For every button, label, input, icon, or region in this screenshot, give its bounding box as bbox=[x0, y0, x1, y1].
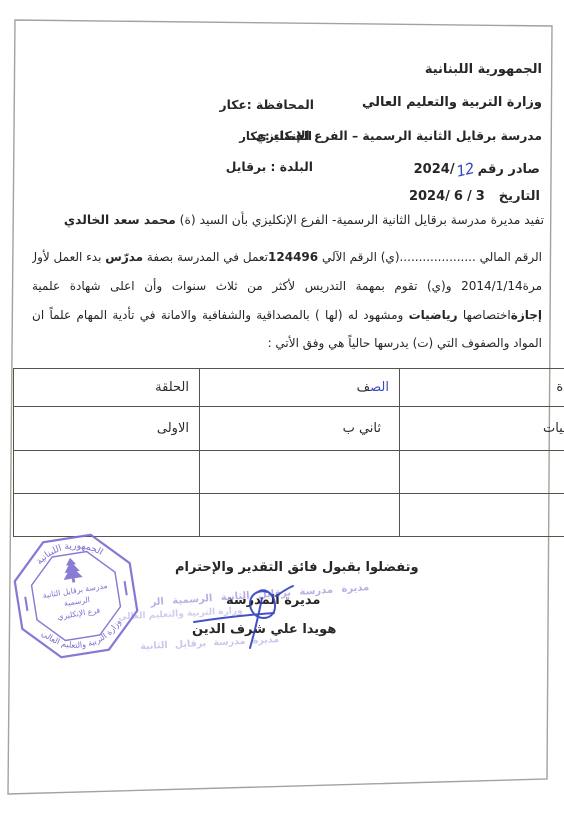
signature-descender bbox=[250, 598, 262, 648]
header-class-label-black: ‍ف bbox=[357, 380, 370, 395]
line3-text-c: ومشهود له (لها ) بالمصداقية والشفافية وا… bbox=[32, 308, 409, 322]
cell-subject bbox=[400, 451, 564, 494]
signature-scribble bbox=[180, 578, 320, 658]
line1-text-b: تعمل في المدرسة بصفة bbox=[143, 250, 268, 264]
stamp-school-line2: الرسمية bbox=[63, 595, 90, 608]
table-header-row: المادة الص‍‍ف الحلقة bbox=[14, 369, 564, 407]
closing-line: وتفضلوا بقبول فائق التقدير والإحترام bbox=[175, 560, 419, 575]
cedar-tree-icon bbox=[60, 556, 83, 584]
date-label: التاريخ bbox=[499, 189, 540, 204]
header-cycle-label: الحلقة bbox=[155, 380, 189, 395]
school-stamp: الجمهورية اللبنانية وزارة التربية والتعل… bbox=[0, 520, 151, 671]
issued-year: 2024 bbox=[414, 162, 450, 177]
cell-subject: رياضيات bbox=[400, 407, 564, 451]
financial-auto-number: 124496 bbox=[268, 250, 318, 264]
scanned-certificate-page: الجمهورية اللبنانية وزارة التربية والتعل… bbox=[0, 0, 564, 814]
body-line-1: الرقم المالي ....................(ي) الر… bbox=[32, 246, 542, 268]
cell-class: ثاني ب bbox=[200, 407, 400, 451]
signature-flourish bbox=[276, 586, 293, 596]
stamp-school-line3: فرع الإنكليزي bbox=[57, 606, 101, 622]
line1-text-c: بدء العمل لأول bbox=[32, 250, 105, 264]
cell-class bbox=[200, 451, 400, 494]
date-line: التاريخ3/6/2024 bbox=[409, 189, 542, 204]
cell-class bbox=[200, 494, 400, 537]
date-sep1: / bbox=[467, 189, 472, 204]
intro-text: تفيد مديرة مدرسة برقايل الثانية الرسمية-… bbox=[180, 213, 544, 227]
stamp-right-tick bbox=[125, 581, 127, 595]
cell-cycle bbox=[14, 451, 200, 494]
intro-line: تفيد مديرة مدرسة برقايل الثانية الرسمية-… bbox=[64, 213, 544, 227]
issued-label: صادر رقم bbox=[478, 162, 540, 177]
degree-word: إجازة bbox=[511, 308, 542, 322]
table-header-class: الص‍‍ف bbox=[200, 369, 400, 407]
cell-cycle: الاولى bbox=[14, 407, 200, 451]
table-header-cycle: الحلقة bbox=[14, 369, 200, 407]
field-governorate: المحافظة :عكار bbox=[220, 98, 315, 112]
line3-text-b: اختصاصها bbox=[458, 308, 511, 322]
handwritten-issue-number: 12 bbox=[454, 159, 475, 180]
table-row: رياضيات ثاني ب الاولى bbox=[14, 407, 564, 451]
line1-text-a: الرقم المالي ....................(ي) الر… bbox=[318, 250, 542, 264]
issued-number-line: صادر رقم12/2024 bbox=[414, 159, 542, 177]
teacher-name: محمد سعد الخالدي bbox=[64, 213, 176, 227]
body-line-4: المواد والصفوف التي (ت) يدرسها حالياً هي… bbox=[32, 332, 542, 354]
header-class-label-blue: الص‍ bbox=[370, 380, 389, 395]
header-subject-label: المادة bbox=[556, 380, 564, 395]
date-month: 6 bbox=[454, 189, 463, 204]
subjects-table: المادة الص‍‍ف الحلقة رياضيات ثاني ب الاو… bbox=[13, 368, 564, 537]
table-header-subject: المادة bbox=[400, 369, 564, 407]
issued-slash: / bbox=[450, 162, 455, 177]
job-title: مدرّس bbox=[105, 250, 143, 264]
header-ministry: وزارة التربية والتعليم العالي bbox=[362, 95, 542, 110]
field-town: البلدة : برقايل bbox=[226, 160, 313, 174]
field-district: القضاء :عكار bbox=[239, 129, 312, 143]
body-line-3: إجازةاختصاصها رياضيات ومشهود له (لها ) ب… bbox=[32, 304, 542, 326]
date-day: 3 bbox=[476, 189, 485, 204]
body-line-2: مرة2014/1/14 و(ي) تقوم بمهمة التدريس لأك… bbox=[32, 275, 542, 297]
date-sep2: / bbox=[445, 189, 450, 204]
date-year: 2024 bbox=[409, 189, 445, 204]
table-row bbox=[14, 451, 564, 494]
specialty-subject: رياضيات bbox=[409, 308, 458, 322]
header-republic: الجمهورية اللبنانية bbox=[425, 62, 542, 77]
stamp-left-tick bbox=[25, 597, 27, 611]
cell-subject bbox=[400, 494, 564, 537]
